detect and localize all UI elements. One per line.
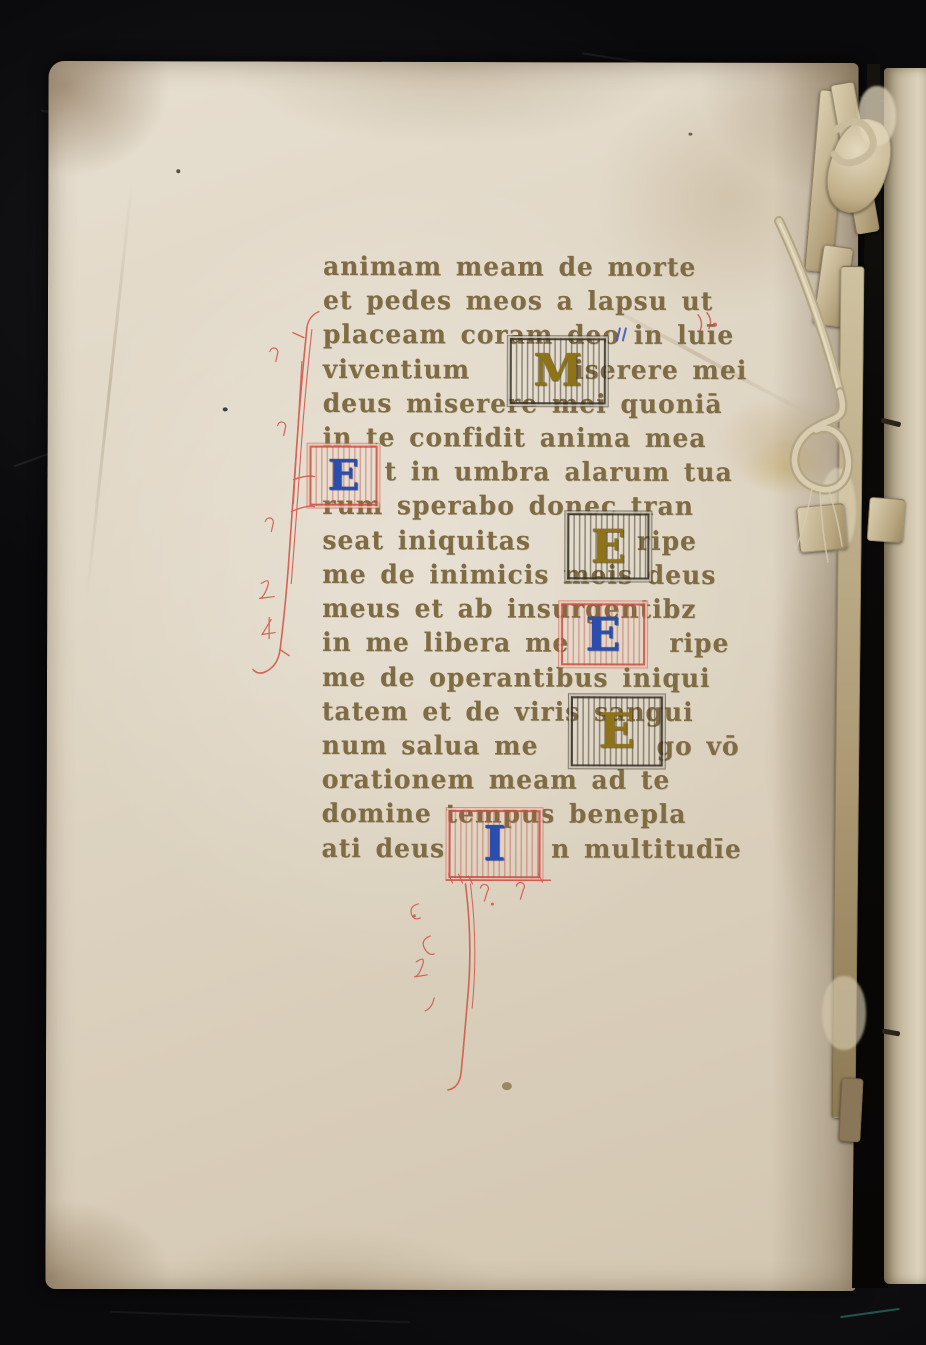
text-line: in te confidit anima mea: [323, 422, 707, 453]
line-text: ati deus: [322, 833, 446, 863]
text-line: et pedes meos a lapsu ut: [323, 285, 713, 316]
line-text: me de inimicis meis deus: [322, 559, 716, 590]
illuminated-initial-E: E: [571, 696, 663, 766]
parchment-speck: [176, 169, 180, 173]
text-line: me de operantibus iniqui: [322, 662, 711, 693]
line-text: num salua me: [322, 730, 539, 761]
illuminated-initial-E: E: [309, 446, 377, 506]
line-text: t in umbra alarum tua: [384, 456, 732, 487]
sewing-slit: [882, 1028, 901, 1036]
line-text: animam meam de morte: [323, 251, 696, 282]
text-line: orationem meam ad te: [322, 764, 671, 795]
line-text: orationem meam ad te: [322, 764, 671, 795]
text-line: me de inimicis meis deus: [322, 559, 716, 590]
vellum-strip-crossing: [867, 497, 906, 543]
text-line: t in umbra alarum tua: [322, 456, 732, 487]
background-scratch-teal: [840, 1308, 900, 1318]
frayed-cord-tuft: [858, 86, 896, 146]
manuscript-page: animam meam de morte et pedes meos a lap…: [45, 61, 858, 1291]
line-text: in te confidit anima mea: [323, 422, 707, 453]
vellum-strip: [838, 1077, 863, 1142]
text-line: in me libera meripe: [322, 627, 729, 658]
text-line: animam meam de morte: [323, 251, 696, 282]
ink-speck: [223, 407, 228, 411]
line-text: seat iniquitas: [322, 525, 531, 556]
line-text: viventium: [323, 354, 470, 385]
photograph-of-manuscript: { "scene": { "description": "Photograph …: [0, 0, 926, 1345]
facing-folio-edge: [884, 68, 926, 1284]
parchment-crease: [85, 182, 133, 600]
illuminated-initial-I: I: [448, 810, 540, 878]
sewing-slit: [881, 418, 902, 428]
illuminated-initial-E: E: [567, 513, 649, 579]
line-text: et pedes meos a lapsu ut: [323, 285, 713, 316]
frayed-cord-tuft: [822, 976, 866, 1050]
line-text: go vō: [656, 731, 739, 761]
line-text: ripe: [669, 628, 729, 658]
illuminated-initial-E: E: [561, 603, 645, 665]
line-text: me de operantibus iniqui: [322, 662, 711, 693]
vellum-strip-crossing: [796, 503, 848, 553]
background-scratch: [110, 1311, 410, 1323]
text-line: num salua mego vō: [322, 730, 740, 761]
parchment-speck: [688, 133, 692, 136]
wax-spot: [502, 1082, 512, 1090]
illuminated-initial-M: M: [510, 338, 606, 404]
line-text: n multitudīe: [551, 834, 742, 865]
line-text: in me libera me: [322, 627, 569, 658]
